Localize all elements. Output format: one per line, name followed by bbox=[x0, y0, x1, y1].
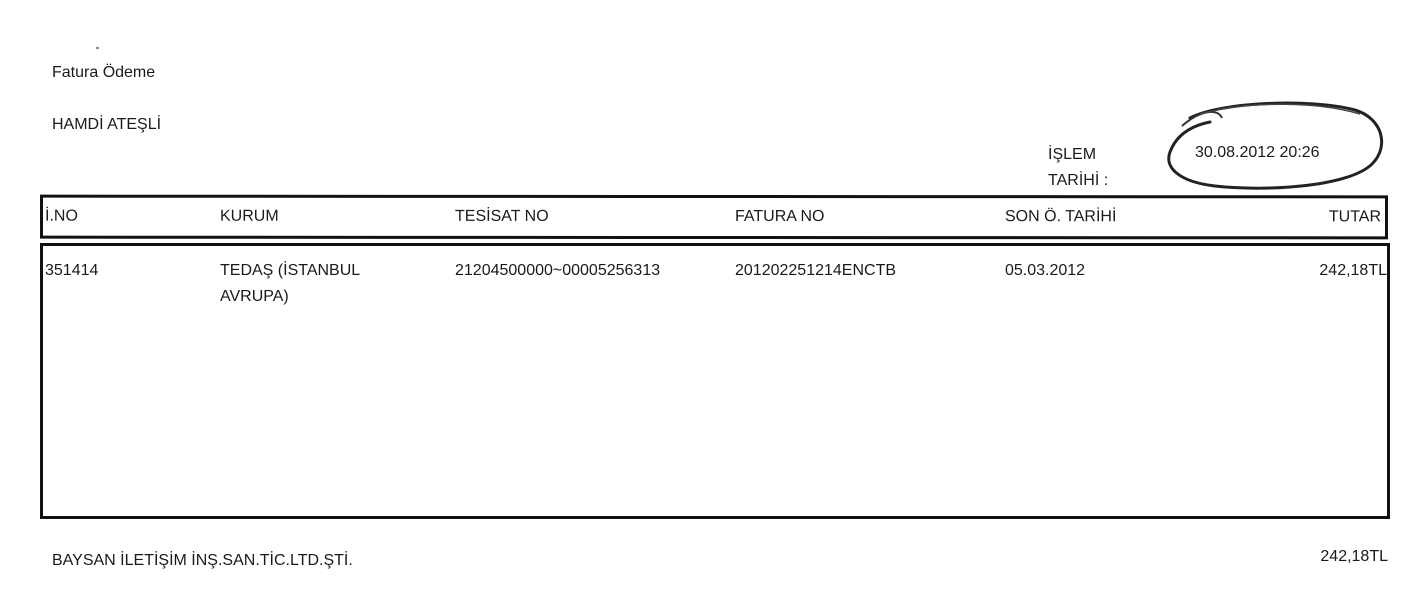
cell-tutar: 242,18TL bbox=[1319, 258, 1387, 284]
table-body: 351414 TEDAŞ (İSTANBUL AVRUPA) 212045000… bbox=[40, 243, 1390, 519]
header-tesisat-no: TESİSAT NO bbox=[455, 208, 549, 226]
transaction-date-label-line1: İŞLEM bbox=[1048, 142, 1108, 168]
transaction-date-label-line2: TARİHİ : bbox=[1048, 168, 1108, 194]
cell-kurum-line2: AVRUPA) bbox=[220, 284, 420, 310]
header-ino: İ.NO bbox=[45, 208, 78, 226]
header-fatura-no: FATURA NO bbox=[735, 208, 825, 226]
header-son-odeme-tarihi: SON Ö. TARİHİ bbox=[1005, 208, 1116, 226]
document-title: Fatura Ödeme bbox=[52, 64, 155, 82]
customer-name: HAMDİ ATEŞLİ bbox=[52, 116, 161, 134]
cell-fatura-no: 201202251214ENCTB bbox=[735, 258, 896, 284]
footer-company-name: BAYSAN İLETİŞİM İNŞ.SAN.TİC.LTD.ŞTİ. bbox=[52, 552, 353, 570]
transaction-date-value: 30.08.2012 20:26 bbox=[1195, 144, 1320, 162]
cell-ino: 351414 bbox=[45, 258, 98, 284]
header-kurum: KURUM bbox=[220, 208, 279, 226]
cell-son-odeme-tarihi: 05.03.2012 bbox=[1005, 258, 1085, 284]
cell-kurum: TEDAŞ (İSTANBUL AVRUPA) bbox=[220, 258, 420, 310]
footer-total: 242,18TL bbox=[1320, 548, 1388, 566]
header-tutar: TUTAR bbox=[1329, 208, 1381, 226]
cell-tesisat-no: 21204500000~00005256313 bbox=[455, 258, 660, 284]
table-header: İ.NO KURUM TESİSAT NO FATURA NO SON Ö. T… bbox=[40, 195, 1388, 240]
cell-kurum-line1: TEDAŞ (İSTANBUL bbox=[220, 258, 420, 284]
transaction-date-label: İŞLEM TARİHİ : bbox=[1048, 142, 1108, 194]
scan-speck bbox=[96, 47, 99, 49]
